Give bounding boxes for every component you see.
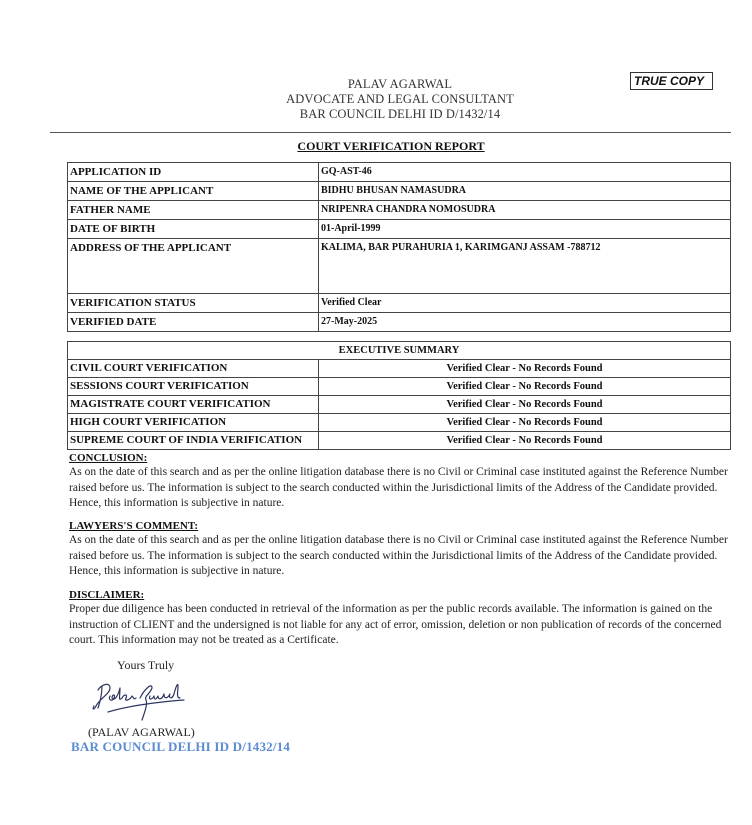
executive-summary-table: EXECUTIVE SUMMARY CIVIL COURT VERIFICATI…: [67, 341, 731, 450]
bar-council-id: BAR COUNCIL DELHI ID D/1432/14: [200, 107, 600, 122]
verification-result: Verified Clear - No Records Found: [319, 414, 731, 432]
field-value: KALIMA, BAR PURAHURIA 1, KARIMGANJ ASSAM…: [319, 239, 731, 294]
field-value: NRIPENRA CHANDRA NOMOSUDRA: [319, 201, 731, 220]
report-title: COURT VERIFICATION REPORT: [0, 139, 752, 154]
table-row: APPLICATION ID GQ-AST-46: [68, 163, 731, 182]
footer-bar-council-id: BAR COUNCIL DELHI ID D/1432/14: [71, 739, 290, 755]
table-row: MAGISTRATE COURT VERIFICATION Verified C…: [68, 396, 731, 414]
verification-result: Verified Clear - No Records Found: [319, 396, 731, 414]
court-name: CIVIL COURT VERIFICATION: [68, 360, 319, 378]
table-row: ADDRESS OF THE APPLICANT KALIMA, BAR PUR…: [68, 239, 731, 294]
field-value: GQ-AST-46: [319, 163, 731, 182]
field-label: FATHER NAME: [68, 201, 319, 220]
field-label: DATE OF BIRTH: [68, 220, 319, 239]
table-row: FATHER NAME NRIPENRA CHANDRA NOMOSUDRA: [68, 201, 731, 220]
field-value: 01-April-1999: [319, 220, 731, 239]
disclaimer-heading: DISCLAIMER:: [69, 588, 731, 602]
table-row: NAME OF THE APPLICANT BIDHU BHUSAN NAMAS…: [68, 182, 731, 201]
table-row: CIVIL COURT VERIFICATION Verified Clear …: [68, 360, 731, 378]
lawyers-comment-section: LAWYERS'S COMMENT: As on the date of thi…: [69, 519, 731, 580]
disclaimer-text: Proper due diligence has been conducted …: [69, 602, 731, 649]
field-label: APPLICATION ID: [68, 163, 319, 182]
table-row: DATE OF BIRTH 01-April-1999: [68, 220, 731, 239]
field-label: VERIFIED DATE: [68, 313, 319, 332]
court-name: SUPREME COURT OF INDIA VERIFICATION: [68, 432, 319, 450]
field-label: NAME OF THE APPLICANT: [68, 182, 319, 201]
advocate-name: PALAV AGARWAL: [200, 77, 600, 92]
header-divider: [50, 132, 731, 133]
applicant-info-table: APPLICATION ID GQ-AST-46 NAME OF THE APP…: [67, 162, 731, 332]
signature-icon: [88, 676, 193, 722]
verification-result: Verified Clear - No Records Found: [319, 360, 731, 378]
true-copy-stamp: TRUE COPY: [630, 72, 713, 90]
field-value: 27-May-2025: [319, 313, 731, 332]
verification-result: Verified Clear - No Records Found: [319, 432, 731, 450]
lawyers-comment-heading: LAWYERS'S COMMENT:: [69, 519, 731, 533]
table-row: HIGH COURT VERIFICATION Verified Clear -…: [68, 414, 731, 432]
letterhead: PALAV AGARWAL ADVOCATE AND LEGAL CONSULT…: [200, 77, 600, 122]
court-name: SESSIONS COURT VERIFICATION: [68, 378, 319, 396]
court-name: HIGH COURT VERIFICATION: [68, 414, 319, 432]
table-row: VERIFICATION STATUS Verified Clear: [68, 294, 731, 313]
field-value: BIDHU BHUSAN NAMASUDRA: [319, 182, 731, 201]
table-row: SUPREME COURT OF INDIA VERIFICATION Veri…: [68, 432, 731, 450]
conclusion-section: CONCLUSION: As on the date of this searc…: [69, 451, 731, 512]
disclaimer-section: DISCLAIMER: Proper due diligence has bee…: [69, 588, 731, 649]
signer-name: (PALAV AGARWAL): [88, 725, 195, 740]
conclusion-text: As on the date of this search and as per…: [69, 465, 731, 512]
court-name: MAGISTRATE COURT VERIFICATION: [68, 396, 319, 414]
closing-salutation: Yours Truly: [117, 658, 174, 673]
field-label: ADDRESS OF THE APPLICANT: [68, 239, 319, 294]
field-value: Verified Clear: [319, 294, 731, 313]
table-row: SESSIONS COURT VERIFICATION Verified Cle…: [68, 378, 731, 396]
table-header-row: EXECUTIVE SUMMARY: [68, 342, 731, 360]
summary-title: EXECUTIVE SUMMARY: [68, 342, 731, 360]
advocate-designation: ADVOCATE AND LEGAL CONSULTANT: [200, 92, 600, 107]
field-label: VERIFICATION STATUS: [68, 294, 319, 313]
conclusion-heading: CONCLUSION:: [69, 451, 731, 465]
lawyers-comment-text: As on the date of this search and as per…: [69, 533, 731, 580]
verification-result: Verified Clear - No Records Found: [319, 378, 731, 396]
table-row: VERIFIED DATE 27-May-2025: [68, 313, 731, 332]
